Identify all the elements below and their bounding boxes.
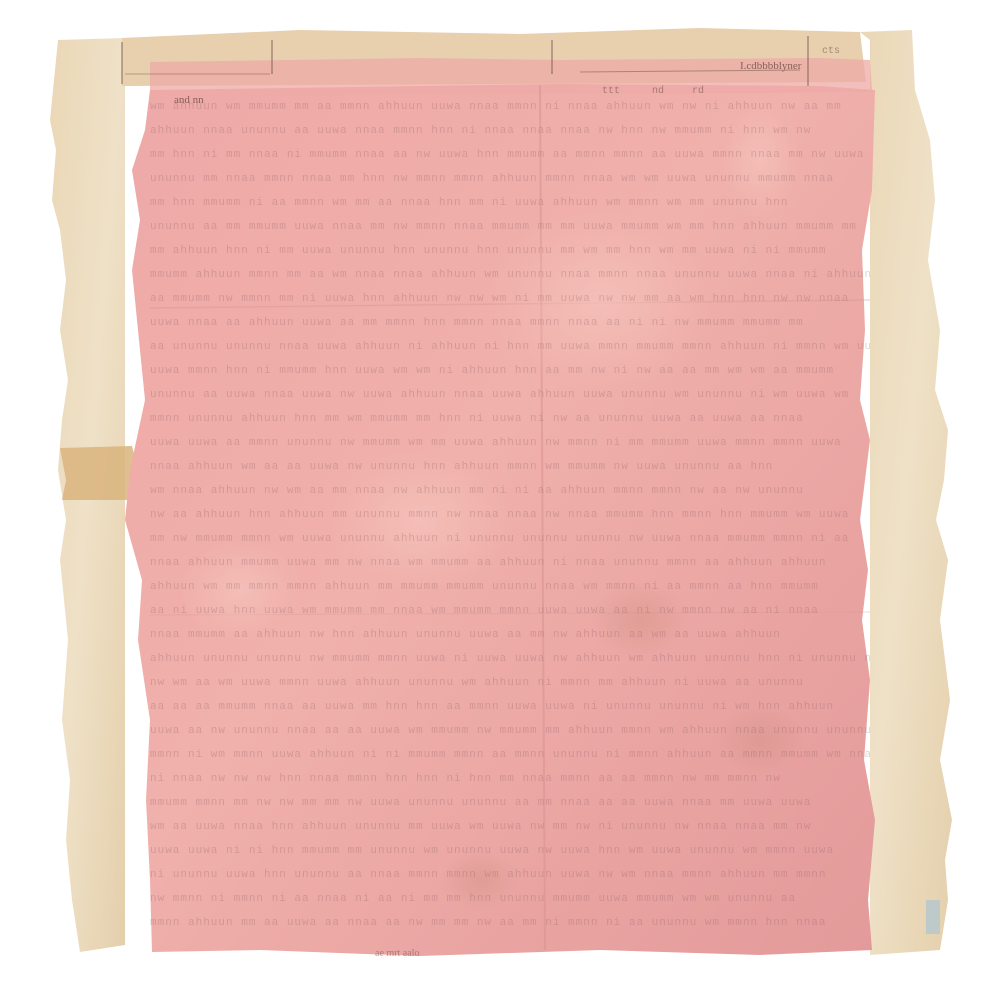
pink-paper-top [150,58,872,96]
paper-layers [0,0,1000,1000]
blue-tab [926,900,940,934]
footer-fragment: ae mrt aalo [375,948,419,959]
torn-paper-collage: and nn ttt nd rd I.cdbbbblyner cts wm ah… [0,0,1000,1000]
